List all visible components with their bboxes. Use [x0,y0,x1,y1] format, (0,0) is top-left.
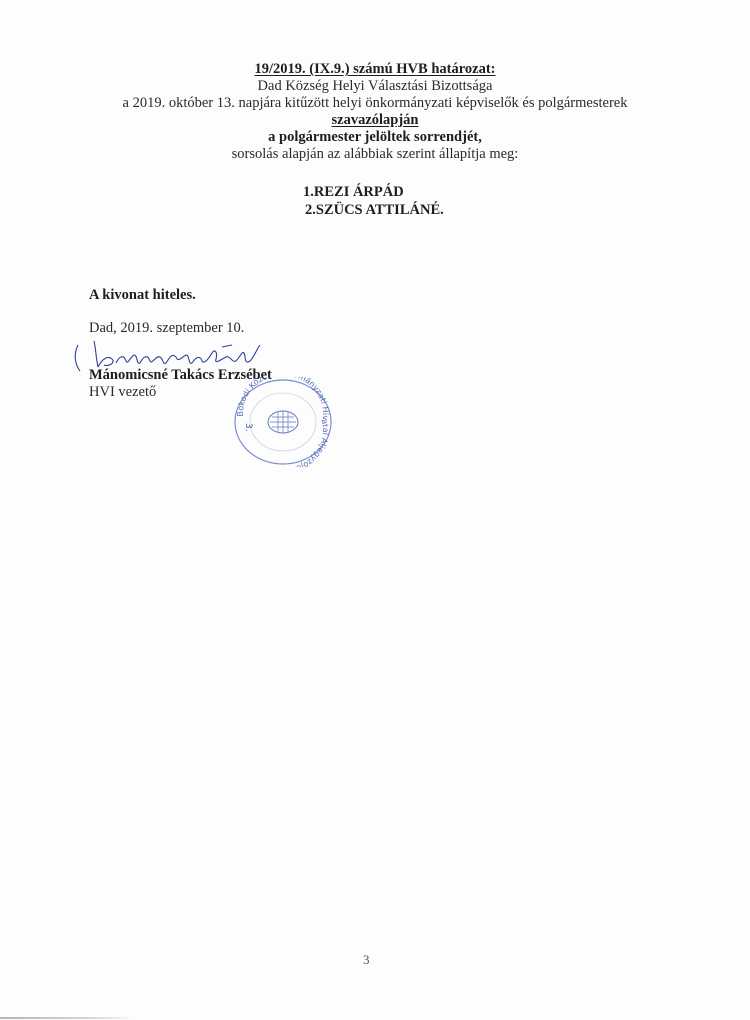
candidate-list: 1.REZI ÁRPÁD 2.SZÜCS ATTILÁNÉ. [303,183,444,219]
resolution-heading: 19/2019. (IX.9.) számú HVB határozat: Da… [0,61,750,163]
election-description: a 2019. október 13. napjára kitűzött hel… [0,95,750,112]
place-date: Dad, 2019. szeptember 10. [89,320,244,337]
attestation-text: A kivonat hiteles. [89,287,196,304]
candidate-order-label: a polgármester jelöltek sorrendjét, [0,129,750,146]
stamp-number: 3. [243,423,253,432]
candidate-item: 1.REZI ÁRPÁD [303,183,444,201]
ballot-label: szavazólapján [0,112,750,129]
resolution-title: 19/2019. (IX.9.) számú HVB határozat: [0,61,750,78]
document-page: 19/2019. (IX.9.) számú HVB határozat: Da… [0,0,750,1020]
committee-name: Dad Község Helyi Választási Bizottsága [0,78,750,95]
scan-edge-divider [0,1017,135,1019]
official-stamp: Bokodi Közös Önkormányzati Hivatal Aljeg… [232,377,334,467]
coat-of-arms-icon [268,411,298,433]
signer-title: HVI vezető [89,384,156,401]
candidate-item: 2.SZÜCS ATTILÁNÉ. [305,201,444,219]
page-number: 3 [363,952,370,968]
lottery-statement: sorsolás alapján az alábbiak szerint áll… [0,146,750,163]
